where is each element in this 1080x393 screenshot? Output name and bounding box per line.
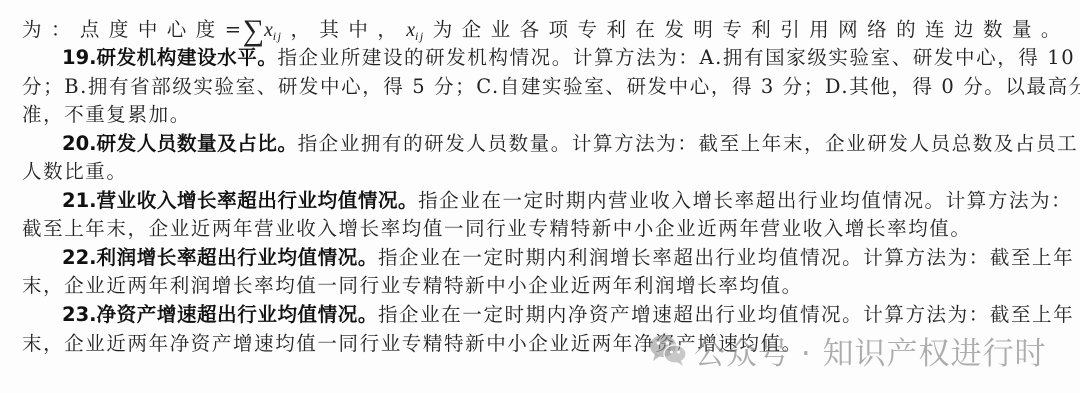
watermark-text: 公众号 · 知识产权进行时 <box>694 328 1047 373</box>
item-title: 营业收入增长率超出行业均值情况。 <box>97 189 419 212</box>
item-20-continuation: 人数比重。 <box>22 158 1062 186</box>
formula-subscript: ij <box>273 29 283 43</box>
item-21-continuation: 截至上年末，企业近两年营业收入增长率均值一同行业专精特新中小企业近两年营业收入增… <box>22 215 1062 243</box>
formula-suffix: 为企业各项专利在发明专利引用网络的连边数量。 <box>425 18 1062 41</box>
item-number: 20. <box>62 132 97 155</box>
item-22-continuation: 末，企业近两年利润增长率均值一同行业专精特新中小企业近两年利润增长率均值。 <box>22 272 1062 300</box>
item-body: 指企业在一定时期内利润增长率超出行业均值情况。计算方法为：截至上年 <box>378 246 1074 269</box>
document-page: 为：点度中心度=∑xij，其中，xij为企业各项专利在发明专利引用网络的连边数量… <box>0 0 1080 393</box>
item-21-heading-line: 21.营业收入增长率超出行业均值情况。指企业在一定时期内营业收入增长率超出行业均… <box>62 187 1062 215</box>
formula-variable: x <box>264 20 273 41</box>
item-19-continuation-end: 准，不重复累加。 <box>22 101 1062 129</box>
item-body: 指企业所建设的研发机构情况。计算方法为：A.拥有国家级实验室、研发中心，得 10 <box>277 46 1075 69</box>
item-body: 指企业拥有的研发人员数量。计算方法为：截至上年末，企业研发人员总数及占员工 <box>298 132 1079 155</box>
wechat-watermark: 公众号 · 知识产权进行时 <box>648 330 1047 370</box>
item-number: 22. <box>62 246 97 269</box>
item-22-heading-line: 22.利润增长率超出行业均值情况。指企业在一定时期内利润增长率超出行业均值情况。… <box>62 244 1062 272</box>
item-19-heading-line: 19.研发机构建设水平。指企业所建设的研发机构情况。计算方法为：A.拥有国家级实… <box>62 44 1062 72</box>
formula-middle-text: ，其中， <box>283 18 407 41</box>
sigma-symbol: ∑ <box>243 14 264 47</box>
item-title: 研发机构建设水平。 <box>97 46 278 69</box>
item-body: 指企业在一定时期内净资产增速超出行业均值情况。计算方法为：截至上年 <box>378 303 1074 326</box>
formula-subscript-2: ij <box>415 29 425 43</box>
item-20-heading-line: 20.研发人员数量及占比。指企业拥有的研发人员数量。计算方法为：截至上年末，企业… <box>62 130 1062 158</box>
item-title: 利润增长率超出行业均值情况。 <box>97 246 378 269</box>
item-23-heading-line: 23.净资产增速超出行业均值情况。指企业在一定时期内净资产增速超出行业均值情况。… <box>62 301 1062 329</box>
item-number: 21. <box>62 189 97 212</box>
item-title: 净资产增速超出行业均值情况。 <box>97 303 378 326</box>
wechat-icon <box>648 333 688 367</box>
formula-prefix: 为：点度中心度= <box>22 18 243 41</box>
item-number: 23. <box>62 303 97 326</box>
item-number: 19. <box>62 46 97 69</box>
item-body: 指企业在一定时期内营业收入增长率超出行业均值情况。计算方法为： <box>418 189 1072 212</box>
item-title: 研发人员数量及占比。 <box>97 132 298 155</box>
item-19-continuation: 分；B.拥有省部级实验室、研发中心，得 5 分；C.自建实验室、研发中心，得 3… <box>22 73 1062 101</box>
formula-variable-2: x <box>406 20 415 41</box>
